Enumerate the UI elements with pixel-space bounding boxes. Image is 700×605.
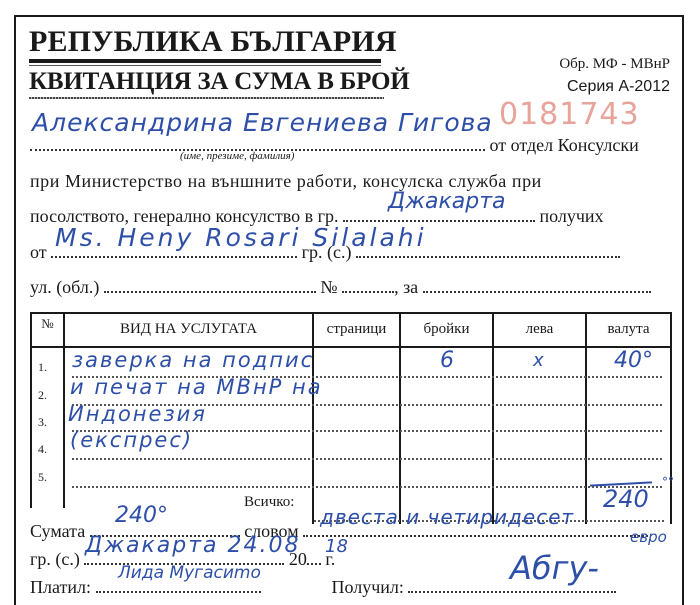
total-superscript: °° — [662, 476, 674, 488]
paid-label: Платил: — [30, 577, 91, 597]
series-label: Серия А-2012 — [567, 78, 670, 96]
table-col-divider — [492, 312, 494, 524]
table-border-left — [30, 312, 32, 508]
document-subtitle: КВИТАНЦИЯ ЗА СУМА В БРОЙ — [29, 68, 410, 96]
name-line: от отдел Консулски — [30, 134, 639, 156]
name-caption: (име, презиме, фамилия) — [180, 150, 294, 162]
col-header-currency: валута — [587, 321, 670, 338]
col-header-count: бройки — [401, 321, 492, 338]
paid-signature: Лида Мугасиmo — [118, 565, 261, 582]
service-line-2: и печат на МВнР на — [70, 377, 323, 398]
received-label: Получил: — [332, 577, 404, 597]
table-col-divider — [312, 312, 314, 524]
document-title: РЕПУБЛИКА БЪЛГАРИЯ — [29, 25, 397, 59]
row-line — [72, 458, 662, 460]
col-header-pages: страници — [314, 321, 399, 338]
col-header-service: ВИД НА УСЛУГАТА — [65, 321, 312, 338]
place-date-handwritten: Джакарта 24.08 — [85, 535, 301, 557]
row1-currency: 40° — [614, 350, 653, 372]
row-number: 4. — [38, 442, 47, 457]
row-line — [72, 486, 662, 488]
table-col-divider — [585, 312, 587, 524]
words-handwritten-currency: евро — [630, 530, 667, 545]
row1-count: 6 — [440, 350, 454, 372]
title-underline-thin — [29, 65, 381, 66]
form-code: Обр. МФ - МВнР — [559, 56, 670, 73]
words-handwritten: двеста и четиридесет — [320, 507, 574, 527]
street-label: ул. (обл.) — [30, 277, 99, 297]
for-label: , за — [394, 277, 418, 297]
row-number: 5. — [38, 470, 47, 485]
total-label: Всичко: — [244, 494, 294, 511]
col-header-leva: лева — [494, 321, 585, 338]
col-header-number: № — [32, 316, 63, 332]
table-col-divider — [399, 312, 401, 524]
name-suffix: от отдел Консулски — [490, 135, 639, 155]
from-handwritten: Ms. Heny Rosari Silalahi — [55, 225, 427, 250]
received-signature: Абгу- — [510, 552, 599, 584]
sum-label: Сумата — [30, 521, 85, 541]
for-field[interactable] — [423, 277, 651, 293]
row-number: 1. — [38, 360, 47, 375]
service-line-1: заверка на подпис — [72, 350, 314, 371]
number-label: № — [320, 277, 337, 297]
title-underline — [29, 59, 381, 63]
name-field[interactable] — [30, 135, 485, 151]
place-label: гр. (с.) — [30, 549, 80, 569]
row-number: 3. — [38, 415, 47, 430]
row1-leva: х — [533, 352, 544, 370]
street-field[interactable] — [104, 277, 316, 293]
subtitle-microtext-rule — [29, 97, 384, 99]
year-handwritten: 18 — [325, 538, 348, 556]
embassy-suffix: получих — [539, 206, 603, 226]
row-number: 2. — [38, 388, 47, 403]
year-field[interactable] — [307, 549, 321, 565]
number-field[interactable] — [342, 277, 394, 293]
street-line: ул. (обл.) № , за — [30, 276, 651, 298]
table-border-right — [670, 312, 672, 524]
table-col-divider — [63, 312, 65, 508]
name-handwritten: Александрина Евгениева Гигова — [32, 110, 493, 135]
sum-handwritten: 240° — [115, 505, 168, 527]
from-prefix: от — [30, 242, 47, 262]
serial-number: 0181743 — [499, 98, 640, 132]
total-currency: 240 — [603, 487, 649, 511]
service-line-4: (експрес) — [70, 430, 193, 451]
city-handwritten: Джакарта — [388, 191, 506, 213]
service-line-3: Индонезия — [68, 404, 207, 425]
